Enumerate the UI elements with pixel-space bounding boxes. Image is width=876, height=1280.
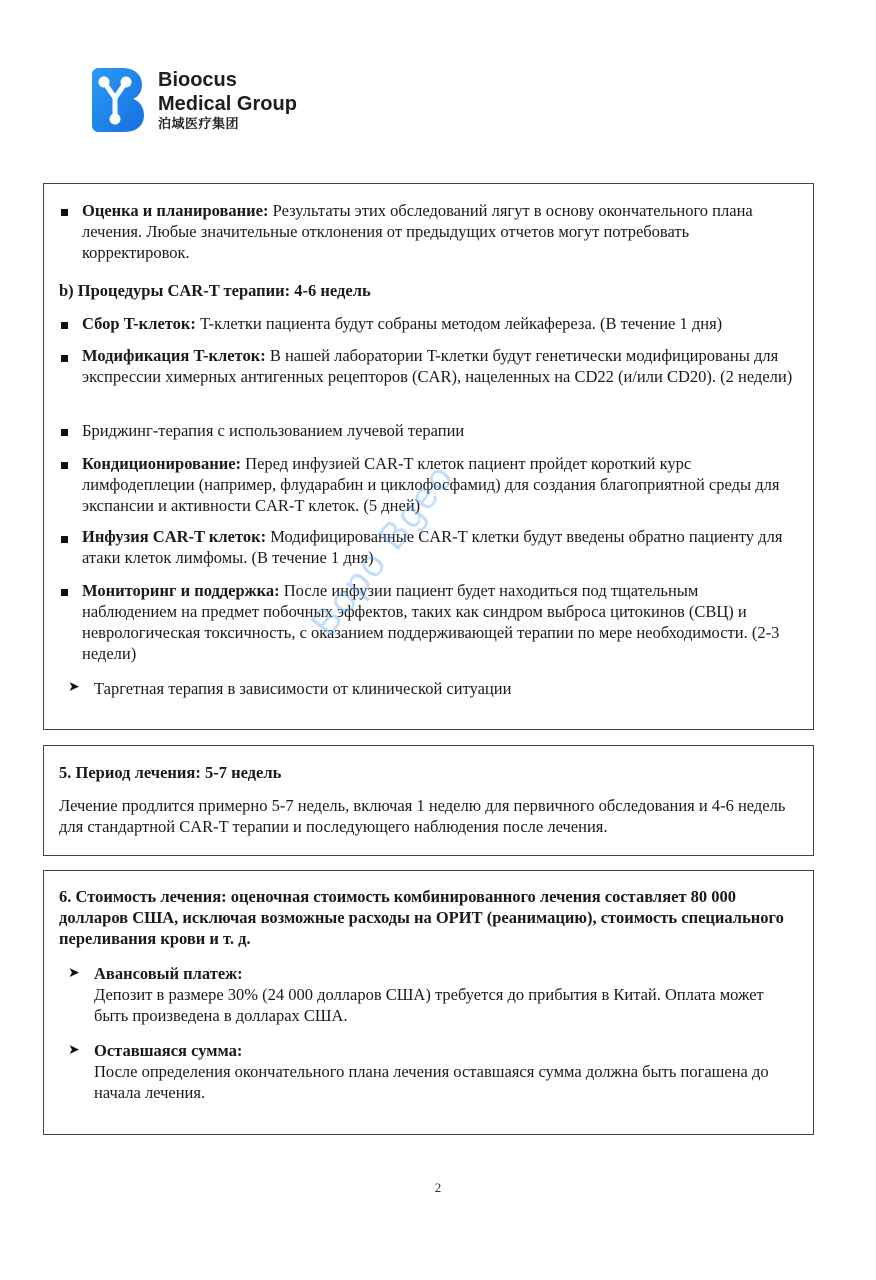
item-title: Сбор T-клеток: [82, 314, 196, 333]
section-6-heading: 6. Стоимость лечения: оценочная стоимост… [59, 886, 795, 949]
square-bullet-icon [61, 429, 68, 436]
list-item-advance-payment: Авансовый платеж: Депозит в размере 30% … [94, 963, 795, 1026]
list-item-car-t-infusion: Инфузия CAR-T клеток: Модифицированные C… [82, 526, 795, 568]
section-5-text: Лечение продлится примерно 5-7 недель, в… [59, 795, 795, 837]
treatment-cost-box: 6. Стоимость лечения: оценочная стоимост… [43, 870, 814, 1135]
square-bullet-icon [61, 462, 68, 469]
list-item-remaining-amount: Оставшаяся сумма: После определения окон… [94, 1040, 795, 1103]
company-logo: Bioocus Medical Group 泊域医疗集团 [92, 68, 297, 132]
page-number: 2 [0, 1180, 876, 1196]
bioocus-b-logo-icon [92, 68, 144, 132]
item-text: Депозит в размере 30% (24 000 долларов С… [94, 984, 795, 1026]
square-bullet-icon [61, 589, 68, 596]
item-title: Инфузия CAR-T клеток: [82, 527, 266, 546]
list-item-t-cell-collection: Сбор T-клеток: T-клетки пациента будут с… [82, 313, 795, 334]
item-title: Модификация T-клеток: [82, 346, 266, 365]
section-b-heading: b) Процедуры CAR-T терапии: 4-6 недель [59, 280, 795, 301]
item-title: Авансовый платеж: [94, 963, 795, 984]
treatment-period-box: 5. Период лечения: 5-7 недель Лечение пр… [43, 745, 814, 856]
item-title: Оставшаяся сумма: [94, 1040, 795, 1061]
list-item-t-cell-modification: Модификация T-клеток: В нашей лаборатори… [82, 345, 795, 387]
brand-chinese-name: 泊域医疗集团 [158, 118, 297, 131]
item-text: После определения окончательного плана л… [94, 1061, 795, 1103]
brand-name: Bioocus [158, 70, 297, 90]
item-title: Кондиционирование: [82, 454, 241, 473]
brand-subtitle: Medical Group [158, 94, 297, 114]
item-title: Мониторинг и поддержка: [82, 581, 280, 600]
item-text: T-клетки пациента будут собраны методом … [196, 314, 722, 333]
square-bullet-icon [61, 209, 68, 216]
item-title: Оценка и планирование: [82, 201, 268, 220]
list-item-conditioning: Кондиционирование: Перед инфузией CAR-T … [82, 453, 795, 516]
arrow-bullet-icon: ➤ [68, 1042, 80, 1058]
arrow-bullet-icon: ➤ [68, 965, 80, 981]
car-t-procedures-box: Оценка и планирование: Результаты этих о… [43, 183, 814, 730]
item-text: Бриджинг-терапия с использованием лучево… [82, 421, 464, 440]
list-item-targeted-therapy: Таргетная терапия в зависимости от клини… [94, 678, 795, 699]
arrow-bullet-icon: ➤ [68, 679, 80, 695]
square-bullet-icon [61, 536, 68, 543]
list-item-bridging-therapy: Бриджинг-терапия с использованием лучево… [82, 420, 795, 441]
section-5-heading: 5. Период лечения: 5-7 недель [59, 762, 795, 783]
square-bullet-icon [61, 355, 68, 362]
square-bullet-icon [61, 322, 68, 329]
list-item-assessment: Оценка и планирование: Результаты этих о… [82, 200, 795, 263]
list-item-monitoring: Мониторинг и поддержка: После инфузии па… [82, 580, 795, 664]
